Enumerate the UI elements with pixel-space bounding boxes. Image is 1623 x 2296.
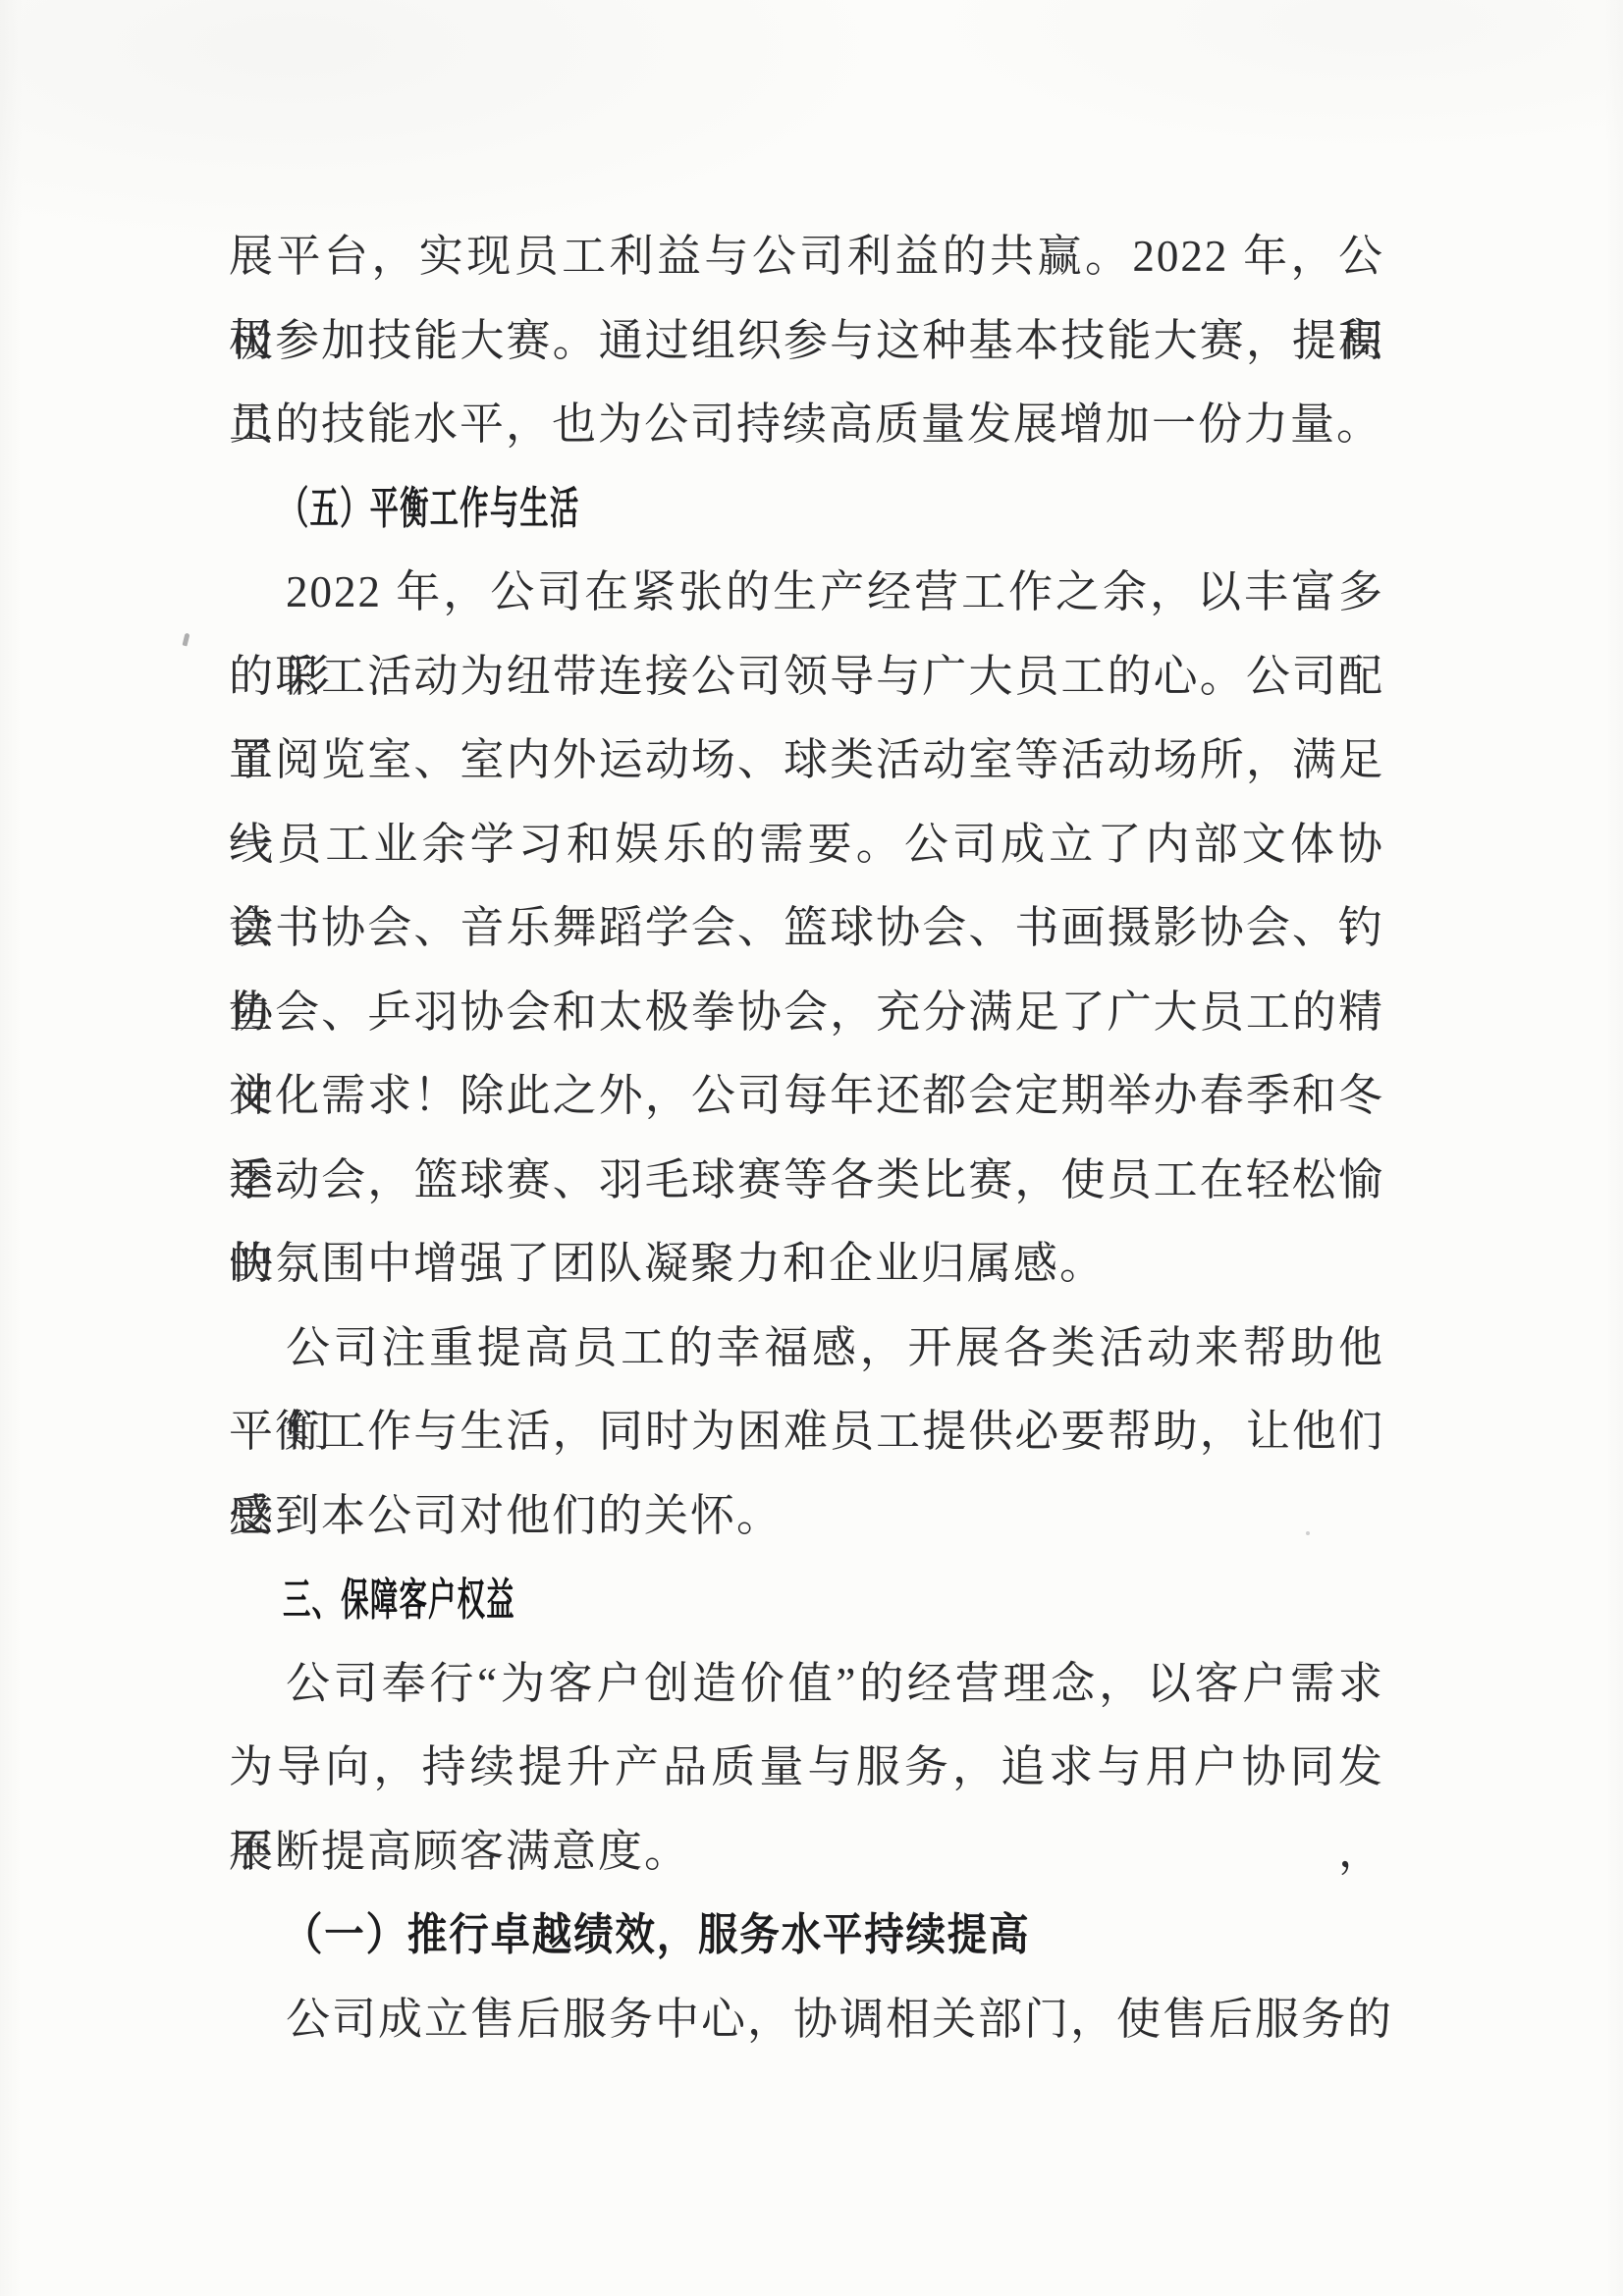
text-line: 的氛围中增强了团队凝聚力和企业归属感。 xyxy=(229,1222,1384,1307)
scanned-document-page: 展平台，实现员工利益与公司利益的共赢。2022 年，公司积 极参加技能大赛。通过… xyxy=(0,0,1623,2296)
text-line: 线员工业余学习和娱乐的需要。公司成立了内部文体协会： xyxy=(229,803,1384,887)
text-line: 协会、乒羽协会和太极拳协会，充分满足了广大员工的精神 xyxy=(229,971,1384,1055)
subsection-heading-1: （一）推行卓越绩效，服务水平持续提高 xyxy=(229,1894,1384,1978)
text-line: 2022 年，公司在紧张的生产经营工作之余，以丰富多彩 xyxy=(229,551,1384,635)
text-line: 公司成立售后服务中心，协调相关部门，使售后服务的 xyxy=(229,1978,1384,2062)
section-heading-3: 三、保障客户权益 xyxy=(229,1558,1384,1642)
text-line: 工的技能水平，也为公司持续高质量发展增加一份力量。 xyxy=(229,383,1384,467)
heading-text: （五）平衡工作与生活 xyxy=(280,467,580,552)
text-line: 展平台，实现员工利益与公司利益的共赢。2022 年，公司积 xyxy=(229,215,1384,299)
text-line: 运动会，篮球赛、羽毛球赛等各类比赛，使员工在轻松愉快 xyxy=(229,1139,1384,1223)
text-line: 极参加技能大赛。通过组织参与这种基本技能大赛，提高员 xyxy=(229,299,1384,384)
text-line: 文化需求！除此之外，公司每年还都会定期举办春季和冬季 xyxy=(229,1054,1384,1139)
heading-text: 三、保障客户权益 xyxy=(283,1558,515,1642)
text-line: 了阅览室、室内外运动场、球类活动室等活动场所，满足一 xyxy=(229,719,1384,803)
text-line: 读书协会、音乐舞蹈学会、篮球协会、书画摄影协会、钓鱼 xyxy=(229,886,1384,971)
heading-text: （一）推行卓越绩效，服务水平持续提高 xyxy=(283,1894,1030,1978)
text-line: 为导向，持续提升产品质量与服务，追求与用户协同发展， xyxy=(229,1726,1384,1810)
text-line: 受到本公司对他们的关怀。 xyxy=(229,1474,1384,1559)
text-line: 公司奉行“为客户创造价值”的经营理念，以客户需求 xyxy=(229,1642,1384,1727)
text-block: 展平台，实现员工利益与公司利益的共赢。2022 年，公司积 极参加技能大赛。通过… xyxy=(229,215,1384,2061)
subsection-heading-5: （五）平衡工作与生活 xyxy=(229,467,1384,552)
text-line: 的职工活动为纽带连接公司领导与广大员工的心。公司配置 xyxy=(229,635,1384,720)
scan-artifact-speck xyxy=(183,633,190,647)
text-line: 平衡工作与生活，同时为困难员工提供必要帮助，让他们感 xyxy=(229,1390,1384,1474)
text-line: 公司注重提高员工的幸福感，开展各类活动来帮助他们 xyxy=(229,1307,1384,1391)
